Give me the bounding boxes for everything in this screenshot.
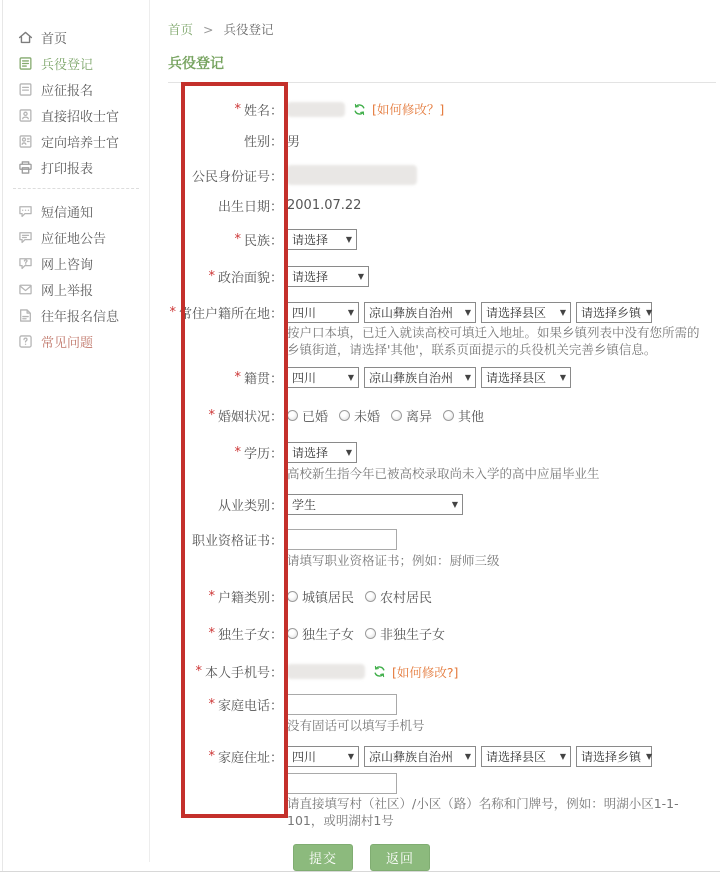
sidebar-item-label: 直接招收士官: [41, 106, 119, 125]
faq-icon: [18, 334, 33, 349]
dropdown-arrow-icon: ▼: [560, 373, 566, 382]
radio-button-icon[interactable]: [365, 591, 376, 602]
radio-button-icon[interactable]: [365, 628, 376, 639]
radio-button-icon[interactable]: [443, 410, 454, 421]
registration-form: * 姓名： [如何修改？] 性别： 男 公民身份证号： 出生日期： 2001.0: [168, 83, 716, 871]
marital-status-label: * 婚姻状况：: [168, 406, 283, 425]
home-address-label: * 家庭住址：: [168, 747, 283, 766]
address-province-select[interactable]: 四川▼: [287, 746, 359, 767]
occupation-select[interactable]: 学生▼: [287, 494, 463, 515]
recruit-icon: [18, 108, 33, 123]
name-modify-link[interactable]: [如何修改？]: [372, 100, 444, 118]
required-marker: *: [234, 445, 241, 460]
id-number-row: 公民身份证号：: [168, 164, 716, 186]
dropdown-arrow-icon: ▼: [646, 752, 652, 761]
required-marker: *: [208, 697, 215, 712]
home-icon: [18, 30, 33, 45]
breadcrumb-home-link[interactable]: 首页: [168, 22, 193, 37]
birth-date-row: 出生日期： 2001.07.22: [168, 194, 716, 216]
sidebar-item-label: 应征报名: [41, 80, 93, 99]
certificate-row: 职业资格证书：: [168, 529, 716, 551]
radio-button-icon[interactable]: [339, 410, 350, 421]
dropdown-arrow-icon: ▼: [346, 235, 352, 244]
sidebar-item-label: 定向培养士官: [41, 132, 119, 151]
radio-button-icon[interactable]: [287, 628, 298, 639]
certificate-label: 职业资格证书：: [168, 530, 283, 549]
sidebar-item-label: 网上咨询: [41, 254, 93, 273]
name-label: * 姓名：: [168, 100, 283, 119]
sidebar-divider: [13, 188, 139, 189]
sidebar-item-registration[interactable]: 兵役登记: [3, 50, 149, 76]
sidebar-item-label: 应征地公告: [41, 228, 106, 247]
address-township-select[interactable]: 请选择乡镇▼: [576, 746, 652, 767]
required-marker: *: [208, 749, 215, 764]
certificate-help-text: 请填写职业资格证书；例如：厨师三级: [287, 553, 711, 570]
dropdown-arrow-icon: ▼: [452, 500, 458, 509]
breadcrumb-separator: >: [203, 22, 213, 37]
history-icon: [18, 308, 33, 323]
sidebar-item-online-consult[interactable]: 网上咨询: [3, 250, 149, 276]
training-icon: [18, 134, 33, 149]
sidebar-item-label: 兵役登记: [41, 54, 93, 73]
native-place-label: * 籍贯：: [168, 368, 283, 387]
address-detail-row: [168, 772, 716, 794]
sidebar-item-training-nco[interactable]: 定向培养士官: [3, 128, 149, 154]
dropdown-arrow-icon: ▼: [348, 308, 354, 317]
political-status-select[interactable]: 请选择▼: [287, 266, 369, 287]
residence-province-select[interactable]: 四川▼: [287, 302, 359, 323]
education-select[interactable]: 请选择▼: [287, 442, 357, 463]
certificate-input[interactable]: [287, 529, 397, 550]
sms-icon: [18, 204, 33, 219]
sidebar: 首页 兵役登记 应征报名 直接招收士官 定向培养士官 打印报表 短: [3, 0, 150, 862]
required-marker: *: [234, 102, 241, 117]
only-child-label: * 独生子女：: [168, 624, 283, 643]
sidebar-item-faq[interactable]: 常见问题: [3, 328, 149, 354]
home-phone-help-text: 没有固话可以填写手机号: [287, 718, 711, 735]
marital-status-row: * 婚姻状况： 已婚 未婚 离异 其他: [168, 405, 716, 427]
gender-label: 性别：: [168, 131, 283, 150]
sidebar-item-online-report[interactable]: 网上举报: [3, 276, 149, 302]
marital-radio-unmarried[interactable]: 未婚: [339, 406, 380, 425]
sidebar-item-recruit-nco[interactable]: 直接招收士官: [3, 102, 149, 128]
mobile-value-redacted: [287, 664, 365, 679]
dropdown-arrow-icon: ▼: [348, 373, 354, 382]
dropdown-arrow-icon: ▼: [560, 308, 566, 317]
radio-button-icon[interactable]: [287, 410, 298, 421]
breadcrumb: 首页 > 兵役登记: [168, 0, 716, 38]
name-refresh-icon[interactable]: [353, 103, 366, 116]
dropdown-arrow-icon: ▼: [346, 448, 352, 457]
residence-county-select[interactable]: 请选择县区▼: [481, 302, 571, 323]
sidebar-item-sms-notice[interactable]: 短信通知: [3, 198, 149, 224]
residence-help-text: 按户口本填，已迁入就读高校可填迁入地址。如果乡镇列表中没有您所需的乡镇街道，请选…: [287, 325, 711, 359]
printer-icon: [18, 160, 33, 175]
back-button[interactable]: 返回: [370, 844, 430, 871]
consult-icon: [18, 256, 33, 271]
residence-label: * 常住户籍所在地：: [168, 303, 283, 322]
ethnicity-row: * 民族： 请选择▼: [168, 228, 716, 250]
required-marker: *: [195, 664, 202, 679]
home-phone-input[interactable]: [287, 694, 397, 715]
birth-date-label: 出生日期：: [168, 196, 283, 215]
dropdown-arrow-icon: ▼: [646, 308, 652, 317]
required-marker: *: [169, 305, 176, 320]
native-prefecture-select[interactable]: 凉山彝族自治州▼: [364, 367, 476, 388]
residence-row: * 常住户籍所在地： 四川▼ 凉山彝族自治州▼ 请选择县区▼ 请选择乡镇▼: [168, 301, 716, 323]
sidebar-item-home[interactable]: 首页: [3, 24, 149, 50]
sidebar-item-print-report[interactable]: 打印报表: [3, 154, 149, 180]
home-phone-row: * 家庭电话：: [168, 694, 716, 716]
address-prefecture-select[interactable]: 凉山彝族自治州▼: [364, 746, 476, 767]
sidebar-item-label: 常见问题: [41, 332, 93, 351]
occupation-label: 从业类别：: [168, 495, 283, 514]
required-marker: *: [208, 269, 215, 284]
radio-button-icon[interactable]: [391, 410, 402, 421]
sidebar-item-local-announcement[interactable]: 应征地公告: [3, 224, 149, 250]
household-type-label: * 户籍类别：: [168, 587, 283, 606]
required-marker: *: [208, 589, 215, 604]
marital-radio-divorced[interactable]: 离异: [391, 406, 432, 425]
page-bottom-divider: [0, 871, 720, 872]
native-province-select[interactable]: 四川▼: [287, 367, 359, 388]
native-county-select[interactable]: 请选择县区▼: [481, 367, 571, 388]
household-radio-urban[interactable]: 城镇居民: [287, 587, 354, 606]
address-county-select[interactable]: 请选择县区▼: [481, 746, 571, 767]
birth-date-value: 2001.07.22: [287, 198, 361, 213]
submit-button[interactable]: 提交: [293, 844, 353, 871]
marital-radio-married[interactable]: 已婚: [287, 406, 328, 425]
home-address-row: * 家庭住址： 四川▼ 凉山彝族自治州▼ 请选择县区▼ 请选择乡镇▼: [168, 745, 716, 767]
mobile-label: * 本人手机号：: [168, 662, 283, 681]
required-marker: *: [234, 370, 241, 385]
occupation-row: 从业类别： 学生▼: [168, 494, 716, 516]
dropdown-arrow-icon: ▼: [348, 752, 354, 761]
sidebar-item-label: 往年报名信息: [41, 306, 119, 325]
only-child-row: * 独生子女： 独生子女 非独生子女: [168, 623, 716, 645]
required-marker: *: [208, 408, 215, 423]
political-status-row: * 政治面貌： 请选择▼: [168, 265, 716, 287]
mobile-modify-link[interactable]: [如何修改?]: [392, 663, 458, 681]
education-label: * 学历：: [168, 443, 283, 462]
sidebar-item-label: 首页: [41, 28, 67, 47]
household-type-row: * 户籍类别： 城镇居民 农村居民: [168, 586, 716, 608]
mobile-refresh-icon[interactable]: [373, 665, 386, 678]
dropdown-arrow-icon: ▼: [560, 752, 566, 761]
page-title: 兵役登记: [168, 53, 716, 83]
breadcrumb-current: 兵役登记: [223, 22, 273, 37]
report-icon: [18, 282, 33, 297]
name-value-redacted: [287, 102, 345, 117]
education-row: * 学历： 请选择▼: [168, 442, 716, 464]
sidebar-item-label: 网上举报: [41, 280, 93, 299]
residence-prefecture-select[interactable]: 凉山彝族自治州▼: [364, 302, 476, 323]
name-row: * 姓名： [如何修改？]: [168, 98, 716, 120]
main-content: 首页 > 兵役登记 兵役登记 * 姓名： [如何修改？] 性别： 男: [168, 0, 716, 871]
signup-icon: [18, 82, 33, 97]
ethnicity-select[interactable]: 请选择▼: [287, 229, 357, 250]
political-status-label: * 政治面貌：: [168, 267, 283, 286]
ethnicity-label: * 民族：: [168, 230, 283, 249]
sidebar-item-label: 打印报表: [41, 158, 93, 177]
required-marker: *: [208, 626, 215, 641]
home-address-help-text: 请直接填写村（社区）/小区（路）名称和门牌号，例如：明湖小区1-1-101，或明…: [287, 796, 711, 830]
household-radio-rural[interactable]: 农村居民: [365, 587, 432, 606]
id-number-value-redacted: [287, 165, 417, 185]
dropdown-arrow-icon: ▼: [465, 373, 471, 382]
residence-township-select[interactable]: 请选择乡镇▼: [576, 302, 652, 323]
form-actions: 提交 返回: [293, 844, 716, 871]
mobile-row: * 本人手机号： [如何修改?]: [168, 661, 716, 683]
only-child-radio-yes[interactable]: 独生子女: [287, 624, 354, 643]
sidebar-item-past-registration[interactable]: 往年报名信息: [3, 302, 149, 328]
sidebar-item-label: 短信通知: [41, 202, 93, 221]
dropdown-arrow-icon: ▼: [465, 308, 471, 317]
home-phone-label: * 家庭电话：: [168, 695, 283, 714]
id-number-label: 公民身份证号：: [168, 166, 283, 185]
radio-button-icon[interactable]: [287, 591, 298, 602]
dropdown-arrow-icon: ▼: [465, 752, 471, 761]
marital-radio-other[interactable]: 其他: [443, 406, 484, 425]
required-marker: *: [234, 232, 241, 247]
sidebar-item-signup[interactable]: 应征报名: [3, 76, 149, 102]
native-place-row: * 籍贯： 四川▼ 凉山彝族自治州▼ 请选择县区▼: [168, 367, 716, 389]
announcement-icon: [18, 230, 33, 245]
education-help-text: 高校新生指今年已被高校录取尚未入学的高中应届毕业生: [287, 466, 711, 483]
dropdown-arrow-icon: ▼: [358, 272, 364, 281]
only-child-radio-no[interactable]: 非独生子女: [365, 624, 445, 643]
gender-value: 男: [287, 131, 300, 150]
address-detail-input[interactable]: [287, 773, 397, 794]
registration-icon: [18, 56, 33, 71]
gender-row: 性别： 男: [168, 129, 716, 151]
